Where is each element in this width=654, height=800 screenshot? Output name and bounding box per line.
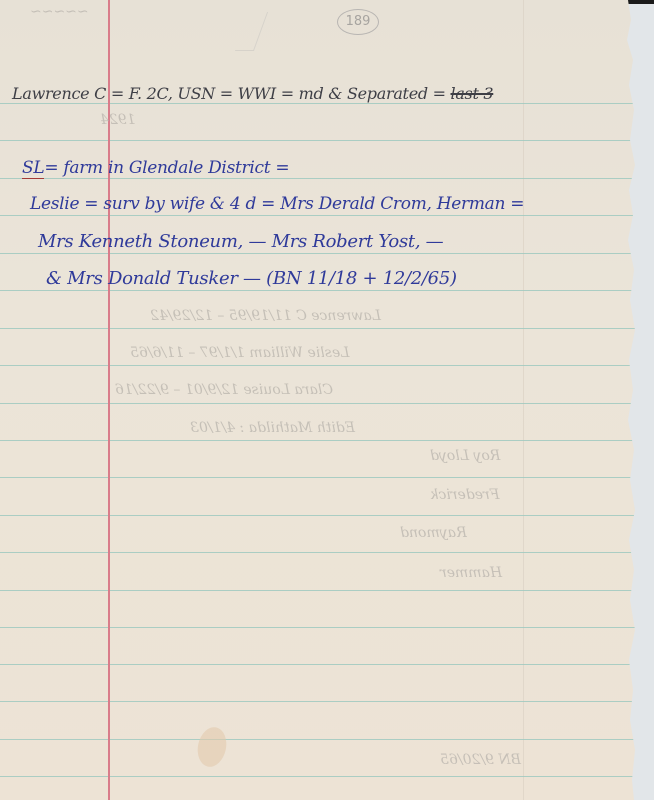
rule-line [0, 739, 636, 740]
entry-daughters-2: & Mrs Donald Tusker — (BN 11/18 + 12/2/6… [46, 268, 457, 289]
bleed-through-text: Raymond [400, 525, 467, 541]
faint-check-mark [235, 12, 268, 51]
rule-line [0, 103, 636, 104]
rule-line [0, 140, 636, 141]
bleed-through-text: Clara Louise 12/9/01 – 9/22/16 [115, 382, 333, 398]
entry-daughters-1: Mrs Kenneth Stoneum, — Mrs Robert Yost, … [38, 231, 443, 252]
struck-out-text: last 3 [451, 84, 494, 103]
rule-line [0, 552, 636, 553]
rule-line [0, 253, 636, 254]
rule-line [0, 701, 636, 702]
notebook-page: 189 ~~~~~ 1924 Lawrence C 11/19/95 – 12/… [0, 0, 636, 800]
rule-line [0, 515, 636, 516]
entry-lawrence-text: Lawrence C = F. 2C, USN = WWI = md & Sep… [12, 84, 446, 103]
entry-sl-farm: SL= farm in Glendale District = [22, 158, 289, 178]
scanner-edge [628, 0, 654, 4]
rule-line [0, 664, 636, 665]
rule-line [0, 590, 636, 591]
rule-line [0, 328, 636, 329]
bleed-through-text: Roy Lloyd [430, 448, 500, 464]
entry-lawrence: Lawrence C = F. 2C, USN = WWI = md & Sep… [12, 84, 493, 103]
bleed-through-text: ~~~~~ [30, 4, 89, 20]
faint-column-line [523, 0, 524, 800]
bleed-through-text: BN 9/20/65 [440, 752, 521, 768]
rule-line [0, 403, 636, 404]
rule-line [0, 365, 636, 366]
rule-line [0, 215, 636, 216]
rule-line [0, 776, 636, 777]
rule-line [0, 627, 636, 628]
bleed-through-text: Hammer [440, 565, 502, 581]
page-number-stamp: 189 [337, 9, 379, 35]
rule-line [0, 477, 636, 478]
bleed-through-text: 1924 [100, 112, 136, 128]
rule-line [0, 178, 636, 179]
entry-leslie: Leslie = surv by wife & 4 d = Mrs Derald… [30, 194, 524, 214]
paper-stain [194, 725, 230, 770]
sl-farm-text: = farm in Glendale District = [44, 158, 289, 178]
bleed-through-text: Edith Mathilda : 4/1/03 [190, 420, 355, 436]
bleed-through-text: Frederick [430, 487, 499, 503]
rule-line [0, 290, 636, 291]
bleed-through-text: Lawrence C 11/19/95 – 12/29/42 [150, 308, 381, 324]
sl-label: SL [22, 158, 44, 179]
bleed-through-text: Leslie William 1/1/97 – 11/6/65 [130, 345, 350, 361]
rule-line [0, 440, 636, 441]
